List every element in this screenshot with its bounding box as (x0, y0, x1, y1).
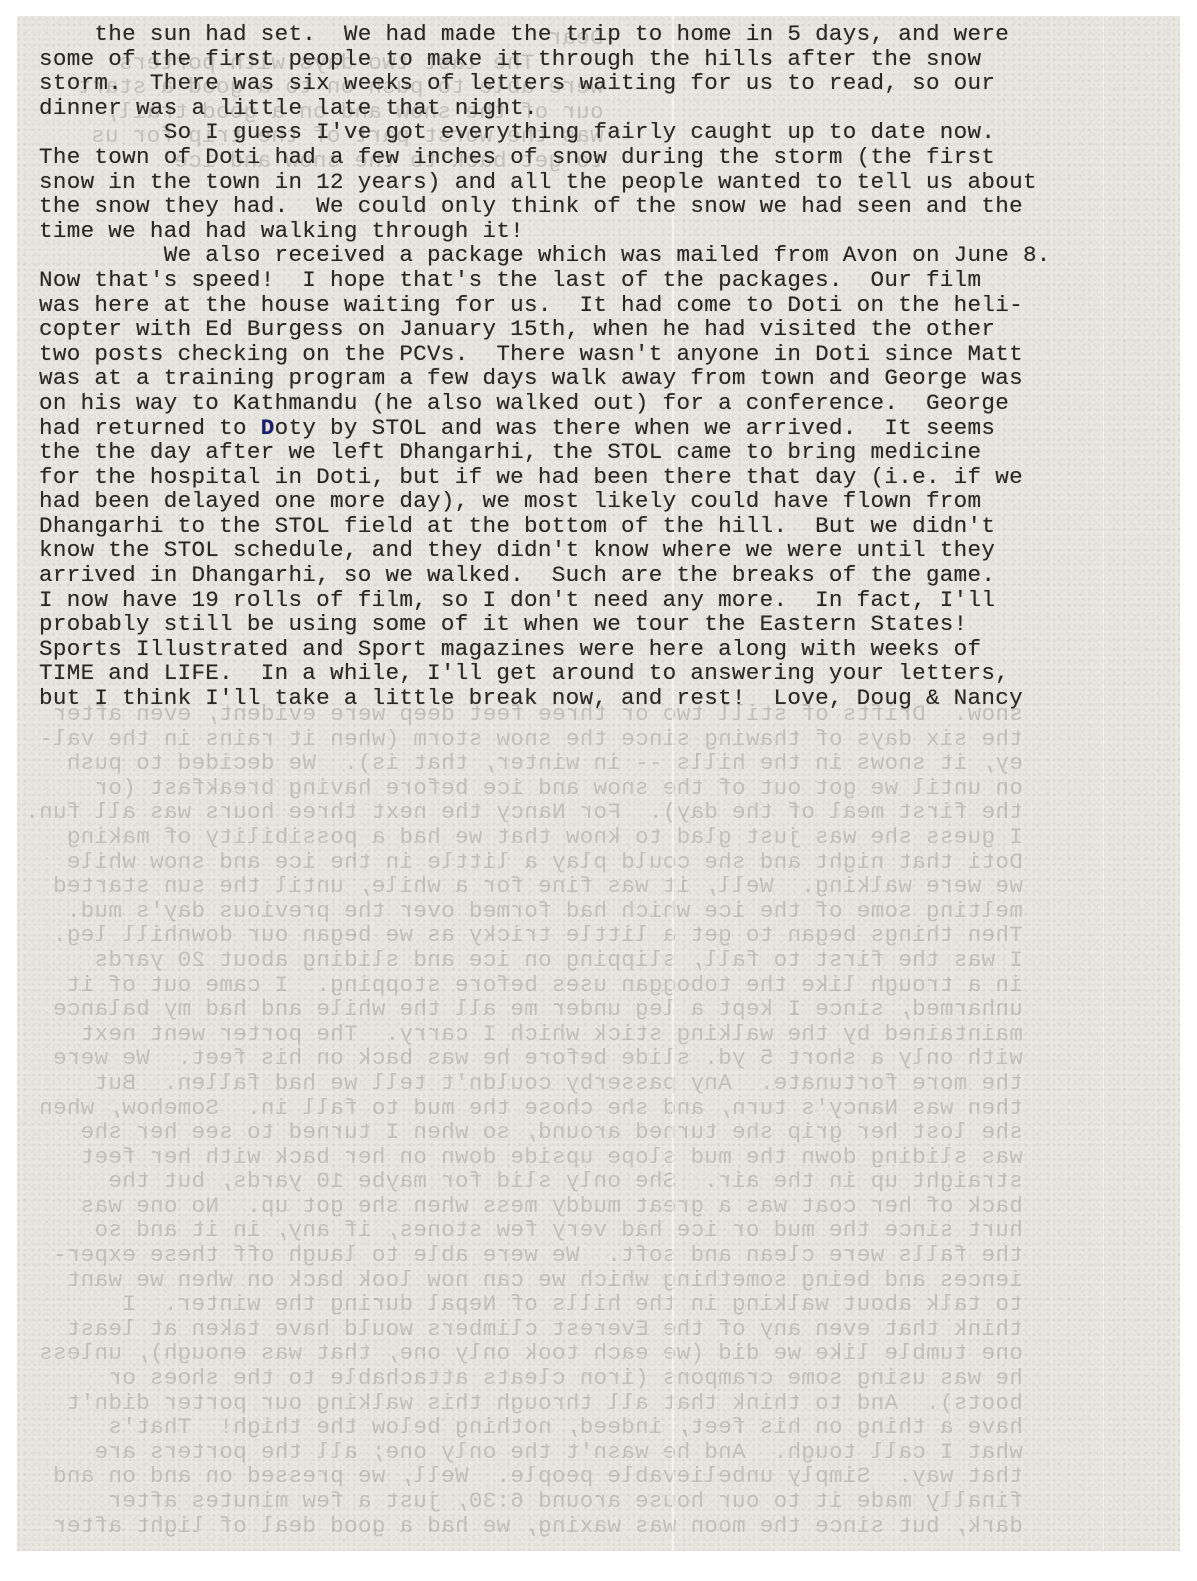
bleed-line: the more fortunate. Any passerby couldn'… (25, 1071, 1023, 1096)
text-line: Dhangarhi to the STOL field at the botto… (39, 514, 1051, 539)
bleed-line: to talk about walking in the hills of Ne… (25, 1292, 1023, 1317)
bleed-line: hurt since the mud or ice had very few s… (25, 1218, 1023, 1243)
bleed-line: straight up in the air. She only slid fo… (25, 1169, 1023, 1194)
bleed-line: we were walking. Well, it was fine for a… (25, 874, 1023, 899)
paper-fold-line-right (1103, 16, 1104, 1551)
bleed-line: was sliding down the mud slope upside do… (25, 1145, 1023, 1170)
text-line: the snow they had. We could only think o… (39, 194, 1051, 219)
text-line: We also received a package which was mai… (39, 243, 1051, 268)
text-line: copter with Ed Burgess on January 15th, … (39, 317, 1051, 342)
bleed-through-main: snow. Drifts of still two or three feet … (25, 702, 1023, 1538)
bleed-line: boots). And to think that all through th… (25, 1391, 1023, 1416)
text-line: arrived in Dhangarhi, so we walked. Such… (39, 563, 1051, 588)
text-line: dinner was a little late that night. (39, 96, 1051, 121)
bleed-line: dark, but since the moon was waxing, we … (25, 1514, 1023, 1539)
bleed-line: Doti that night and she could play a lit… (25, 850, 1023, 875)
bleed-line: iences and being something which we can … (25, 1268, 1023, 1293)
bleed-line: the falls were clean and soft. We were a… (25, 1243, 1023, 1268)
bleed-line: she lost her grip she turned around, so … (25, 1120, 1023, 1145)
text-line: two posts checking on the PCVs. There wa… (39, 342, 1051, 367)
bleed-line: have a thing on his feet, indeed, nothin… (25, 1415, 1023, 1440)
bleed-line: I was the first to fall, slipping on ice… (25, 948, 1023, 973)
bleed-line: ey, it snows in the hills -- in winter, … (25, 751, 1023, 776)
text-line: was here at the house waiting for us. It… (39, 293, 1051, 318)
bleed-line: then was Nancy's turn, and she chose the… (25, 1096, 1023, 1121)
bleed-line: I guess she was just glad to know that w… (25, 825, 1023, 850)
bleed-line: the six days of thawing since the snow s… (25, 727, 1023, 752)
bleed-line: that way. Simply unbelievable people. We… (25, 1464, 1023, 1489)
bleed-line: back of her coat was a great muddy mess … (25, 1194, 1023, 1219)
text-line: for the hospital in Doti, but if we had … (39, 465, 1051, 490)
text-line: So I guess I've got everything fairly ca… (39, 120, 1051, 145)
bleed-line: unharmed, since I kept a leg under me al… (25, 997, 1023, 1022)
letter-body: the sun had set. We had made the trip to… (39, 22, 1051, 711)
bleed-line: maintained by the walking stick which I … (25, 1022, 1023, 1047)
bleed-line: Then things began to get a little tricky… (25, 923, 1023, 948)
bleed-line: in a trough like the toboggan uses befor… (25, 973, 1023, 998)
text-line: time we had had walking through it! (39, 219, 1051, 244)
text-line: Now that's speed! I hope that's the last… (39, 268, 1051, 293)
text-line: was at a training program a few days wal… (39, 366, 1051, 391)
bleed-line: on until we got out of the snow and ice … (25, 776, 1023, 801)
bleed-line: he was using some crampons (iron cleats … (25, 1366, 1023, 1391)
bleed-line: with only a short 5 yd. slide before he … (25, 1046, 1023, 1071)
bleed-line: the first meal of the day). For Nancy th… (25, 800, 1023, 825)
text-line: had returned to Doty by STOL and was the… (39, 416, 1051, 441)
text-line: had been delayed one more day), we most … (39, 489, 1051, 514)
letter-page: Dear The last two days with porterswere … (17, 16, 1180, 1551)
bleed-line: finally made it to our house around 6:30… (25, 1489, 1023, 1514)
bleed-line: think that even any of the Everest climb… (25, 1317, 1023, 1342)
text-line: but I think I'll take a little break now… (39, 686, 1051, 711)
text-line: the the day after we left Dhangarhi, the… (39, 440, 1051, 465)
text-line: snow in the town in 12 years) and all th… (39, 170, 1051, 195)
text-line: The town of Doti had a few inches of sno… (39, 145, 1051, 170)
text-line: TIME and LIFE. In a while, I'll get arou… (39, 661, 1051, 686)
ink-corrected-letter: D (261, 415, 275, 441)
text-line: Sports Illustrated and Sport magazines w… (39, 637, 1051, 662)
text-line: probably still be using some of it when … (39, 612, 1051, 637)
text-line: the sun had set. We had made the trip to… (39, 22, 1051, 47)
text-line: know the STOL schedule, and they didn't … (39, 538, 1051, 563)
bleed-line: what I call tough. And he wasn't the onl… (25, 1440, 1023, 1465)
text-line: some of the first people to make it thro… (39, 47, 1051, 72)
text-line: I now have 19 rolls of film, so I don't … (39, 588, 1051, 613)
text-line: storm. There was six weeks of letters wa… (39, 71, 1051, 96)
bleed-line: melting some of the ice which had formed… (25, 899, 1023, 924)
text-line: on his way to Kathmandu (he also walked … (39, 391, 1051, 416)
bleed-line: one tumble like we did (we each took onl… (25, 1341, 1023, 1366)
